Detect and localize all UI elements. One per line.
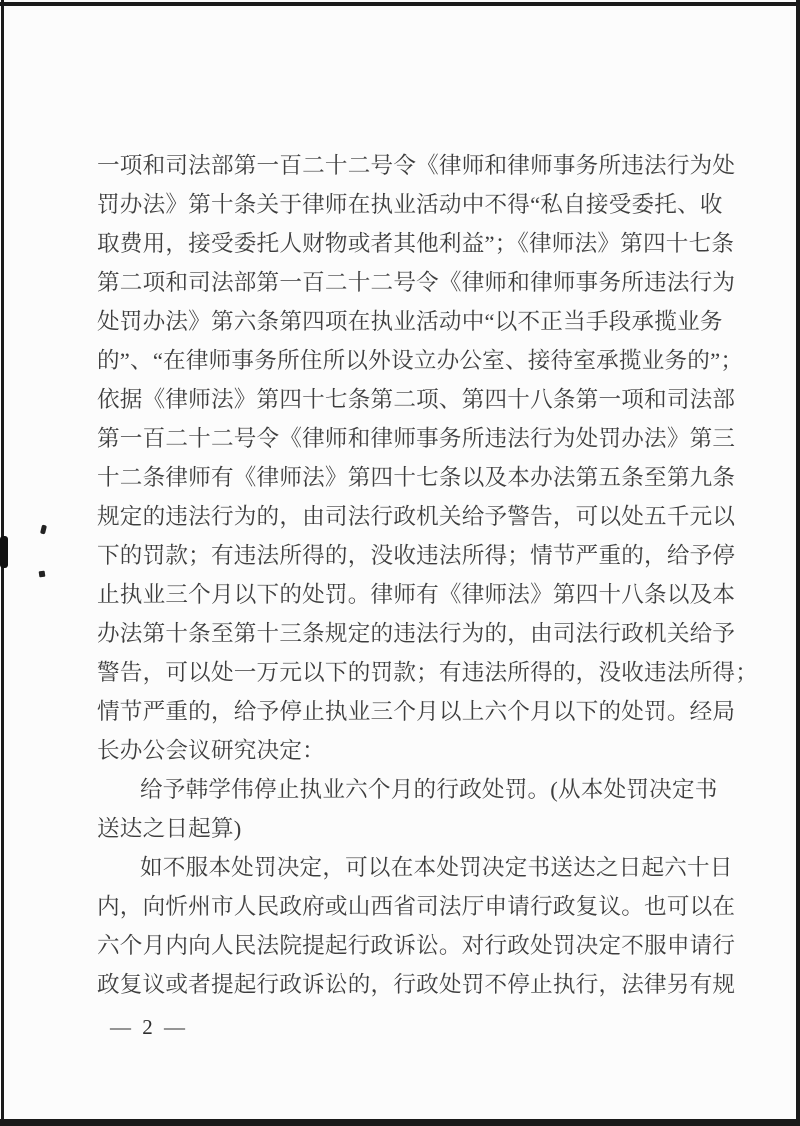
page-number: — 2 — <box>110 1015 188 1040</box>
document-line: 罚办法》第十条关于律师在执业活动中不得“私自接受委托、收 <box>97 185 747 224</box>
document-line: 取费用，接受委托人财物或者其他利益”；《律师法》第四十七条 <box>97 224 747 263</box>
document-line: 送达之日起算) <box>97 809 747 848</box>
document-line: 情节严重的，给予停止执业三个月以上六个月以下的处罚。经局 <box>97 692 747 731</box>
document-line: 下的罚款；有违法所得的，没收违法所得；情节严重的，给予停 <box>97 536 747 575</box>
document-line: 办法第十条至第十三条规定的违法行为的，由司法行政机关给予 <box>97 614 747 653</box>
document-line: 的”、“在律师事务所住所以外设立办公室、接待室承揽业务的”； <box>97 341 747 380</box>
ink-speck <box>40 525 47 535</box>
document-line: 警告，可以处一万元以下的罚款；有违法所得的，没收违法所得； <box>97 653 747 692</box>
document-line: 第一百二十二号令《律师和律师事务所违法行为处罚办法》第三 <box>97 419 747 458</box>
document-page: 一项和司法部第一百二十二号令《律师和律师事务所违法行为处 罚办法》第十条关于律师… <box>0 0 800 1126</box>
scan-border-top <box>0 2 800 6</box>
document-line: 给予韩学伟停止执业六个月的行政处罚。(从本处罚决定书 <box>97 770 747 809</box>
ink-speck <box>39 571 46 578</box>
document-line: 内，向忻州市人民政府或山西省司法厅申请行政复议。也可以在 <box>97 887 747 926</box>
document-line: 六个月内向人民法院提起行政诉讼。对行政处罚决定不服申请行 <box>97 926 747 965</box>
document-line: 十二条律师有《律师法》第四十七条以及本办法第五条至第九条 <box>97 458 747 497</box>
document-line: 如不服本处罚决定，可以在本处罚决定书送达之日起六十日 <box>97 848 747 887</box>
scan-border-bottom <box>0 1119 800 1126</box>
document-line: 规定的违法行为的，由司法行政机关给予警告，可以处五千元以 <box>97 497 747 536</box>
document-line: 依据《律师法》第四十七条第二项、第四十八条第一项和司法部 <box>97 380 747 419</box>
document-line: 处罚办法》第六条第四项在执业活动中“以不正当手段承揽业务 <box>97 302 747 341</box>
document-line: 止执业三个月以下的处罚。律师有《律师法》第四十八条以及本 <box>97 575 747 614</box>
document-line: 第二项和司法部第一百二十二号令《律师和律师事务所违法行为 <box>97 263 747 302</box>
document-line: 长办公会议研究决定： <box>97 731 747 770</box>
scan-border-smudge <box>0 536 8 568</box>
document-line: 一项和司法部第一百二十二号令《律师和律师事务所违法行为处 <box>97 146 747 185</box>
document-line: 政复议或者提起行政诉讼的，行政处罚不停止执行，法律另有规 <box>97 965 747 1004</box>
scan-border-right <box>796 0 800 1126</box>
document-body: 一项和司法部第一百二十二号令《律师和律师事务所违法行为处 罚办法》第十条关于律师… <box>97 146 747 1004</box>
